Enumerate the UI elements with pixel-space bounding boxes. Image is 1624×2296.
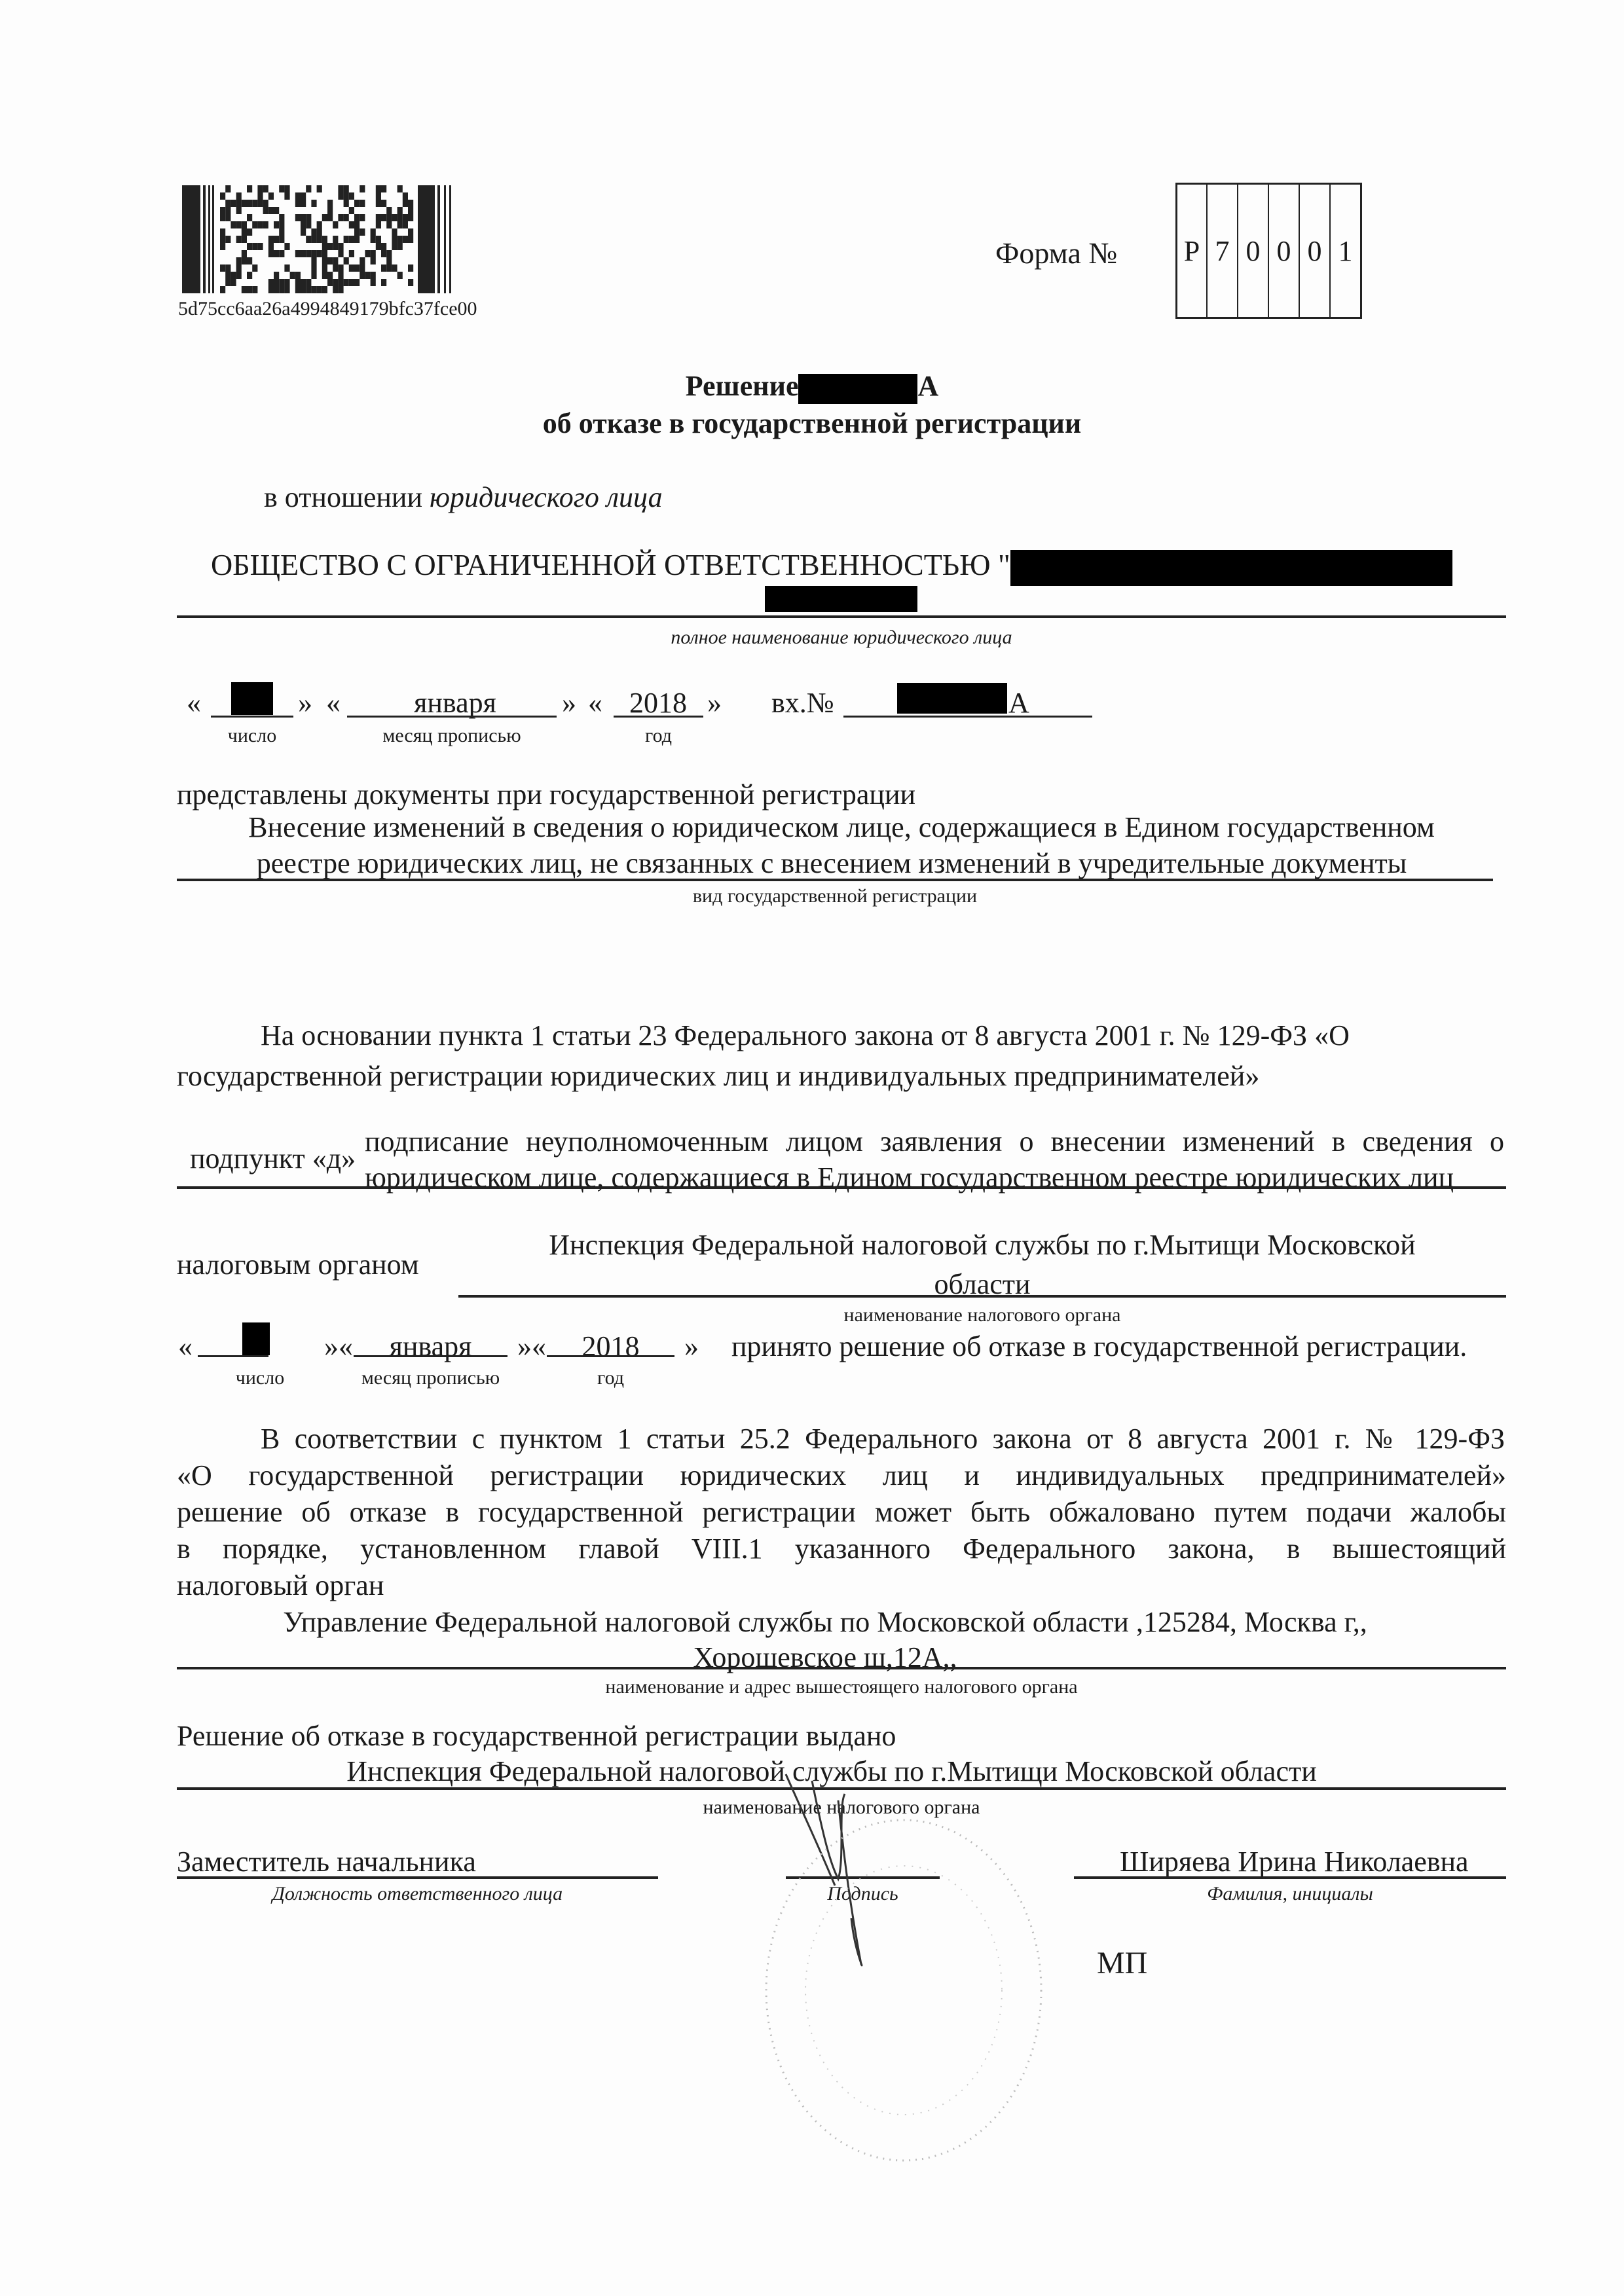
form-code-char: Р <box>1177 185 1208 317</box>
redacted-entity-name-line2 <box>765 586 917 612</box>
official-full-name: Ширяева Ирина Николаевна <box>1120 1848 1469 1876</box>
tax-authority-label: налоговым органом <box>177 1250 419 1279</box>
form-code-char: 0 <box>1238 185 1269 317</box>
form-code-char: 1 <box>1331 185 1360 317</box>
divider <box>177 879 1493 881</box>
basis-line1: На основании пункта 1 статьи 23 Федераль… <box>261 1021 1350 1050</box>
divider <box>177 1186 1506 1189</box>
tax-authority-name-line1: Инспекция Федеральной налоговой службы п… <box>458 1231 1506 1260</box>
divider <box>458 1295 1506 1298</box>
registration-intro: представлены документы при государственн… <box>177 780 915 809</box>
appeal-line2: «О государственной регистрации юридическ… <box>177 1461 1506 1490</box>
divider <box>547 1355 674 1357</box>
divider <box>211 716 293 718</box>
title-prefix: Решение <box>686 370 799 402</box>
close-quote: » <box>684 1332 699 1361</box>
divider <box>843 716 1092 718</box>
issued-label: Решение об отказе в государственной реги… <box>177 1722 896 1751</box>
entity-relation: в отношении юридического лица <box>264 483 663 512</box>
day-caption: число <box>198 1367 322 1389</box>
close-quote: » <box>707 689 722 718</box>
position-caption: Должность ответственного лица <box>177 1883 658 1905</box>
official-position: Заместитель начальника <box>177 1848 476 1876</box>
title-suffix: А <box>917 370 938 402</box>
registration-type-line2: реестре юридических лиц, не связанных с … <box>177 849 1486 878</box>
entity-name-caption: полное наименование юридического лица <box>177 627 1506 649</box>
pdf417-barcode <box>182 185 457 295</box>
redacted-day <box>231 682 273 715</box>
divider <box>354 1355 507 1357</box>
registration-type-line1: Внесение изменений в сведения о юридичес… <box>177 813 1506 842</box>
redacted-decision-day <box>242 1322 270 1355</box>
open-quote: « <box>178 1332 193 1361</box>
form-number-boxes: Р 7 0 0 0 1 <box>1175 183 1362 319</box>
higher-authority-caption: наименование и адрес вышестоящего налого… <box>177 1676 1506 1698</box>
barcode-id: 5d75cc6aa26a4994849179bfc37fce00 <box>178 298 477 320</box>
subpoint-line1: подписание неуполномоченным лицом заявле… <box>365 1127 1504 1156</box>
decision-text: принято решение об отказе в государствен… <box>731 1332 1467 1361</box>
close-quote: » <box>298 689 312 718</box>
open-quote: « <box>588 689 602 718</box>
day-caption: число <box>211 725 293 747</box>
incoming-number-label: вх.№ <box>771 689 834 718</box>
redacted-incoming-number <box>897 683 1007 714</box>
quote-pair: »« <box>517 1332 546 1361</box>
close-quote: » <box>562 689 576 718</box>
divider <box>177 1667 1506 1669</box>
form-code-char: 7 <box>1208 185 1238 317</box>
entity-name-prefix: ОБЩЕСТВО С ОГРАНИЧЕННОЙ ОТВЕТСТВЕННОСТЬЮ… <box>211 548 1010 581</box>
incoming-number-suffix: А <box>1008 689 1029 718</box>
faded-official-stamp <box>753 1807 1054 2174</box>
divider <box>1074 1876 1506 1879</box>
entity-name: ОБЩЕСТВО С ОГРАНИЧЕННОЙ ОТВЕТСТВЕННОСТЬЮ… <box>211 550 1452 586</box>
month-caption: месяц прописью <box>347 725 557 747</box>
form-code-char: 0 <box>1300 185 1331 317</box>
form-label: Форма № <box>995 236 1117 270</box>
basis-line2: государственной регистрации юридических … <box>177 1062 1259 1091</box>
registration-type-caption: вид государственной регистрации <box>177 885 1493 907</box>
divider <box>198 1355 268 1357</box>
month-caption: месяц прописью <box>341 1367 521 1389</box>
relation-italic: юридического лица <box>430 481 663 513</box>
name-caption: Фамилия, инициалы <box>1074 1883 1506 1905</box>
divider <box>614 716 703 718</box>
seal-mark: МП <box>1097 1948 1147 1979</box>
divider <box>177 615 1506 618</box>
appeal-line4: в порядке, установленном главой VIII.1 у… <box>177 1535 1506 1563</box>
year-caption: год <box>614 725 703 747</box>
year-caption: год <box>547 1367 674 1389</box>
submission-month: января <box>347 689 563 718</box>
subpoint-label: подпункт «д» <box>190 1144 356 1173</box>
higher-authority-line1: Управление Федеральной налоговой службы … <box>177 1608 1473 1637</box>
relation-prefix: в отношении <box>264 481 430 513</box>
tax-authority-caption: наименование налогового органа <box>458 1304 1506 1326</box>
quote-pair: »« <box>324 1332 353 1361</box>
submission-year: 2018 <box>612 689 704 718</box>
open-quote: « <box>326 689 341 718</box>
document-title: РешениеА <box>0 372 1624 404</box>
appeal-line5: налоговый орган <box>177 1571 384 1600</box>
appeal-line3: решение об отказе в государственной реги… <box>177 1498 1506 1527</box>
appeal-line1: В соответствии с пунктом 1 статьи 25.2 Ф… <box>261 1425 1505 1453</box>
redacted-number <box>798 374 917 404</box>
open-quote: « <box>187 689 201 718</box>
document-subtitle: об отказе в государственной регистрации <box>0 409 1624 438</box>
form-code-char: 0 <box>1269 185 1300 317</box>
divider <box>177 1876 658 1879</box>
divider <box>347 716 557 718</box>
redacted-entity-name <box>1010 550 1452 586</box>
